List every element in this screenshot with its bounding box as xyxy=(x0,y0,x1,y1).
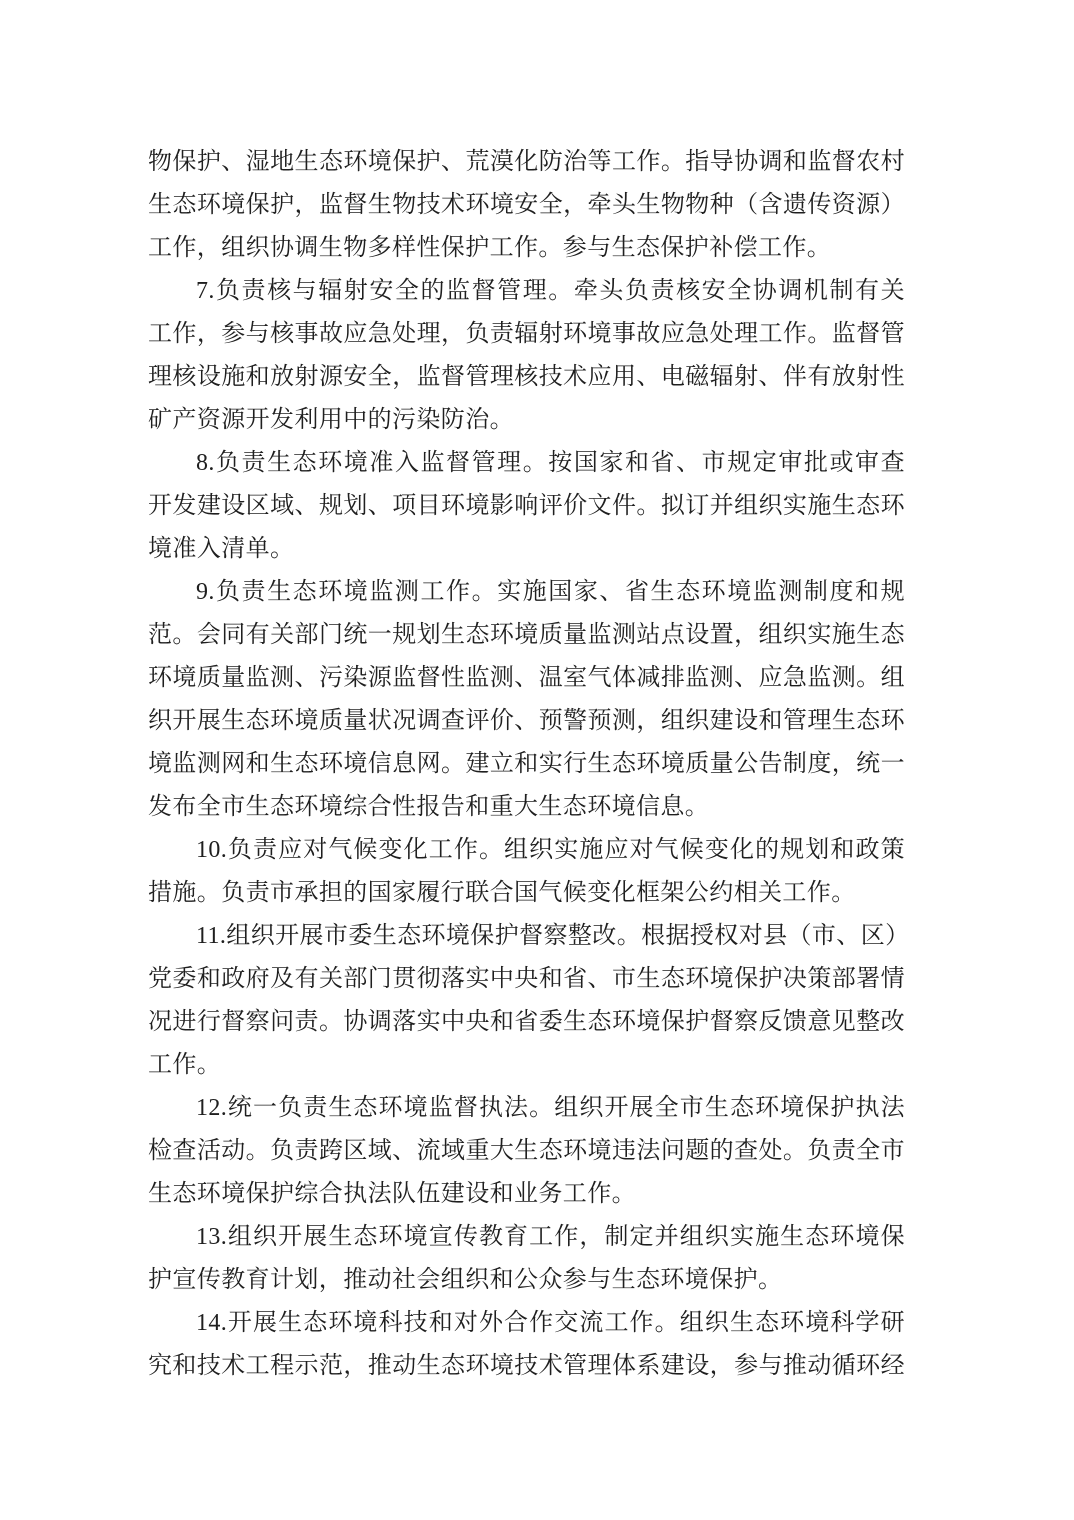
text-line: 发布全市生态环境综合性报告和重大生态环境信息。 xyxy=(148,786,905,829)
document-page-background: { "page": { "background_color": "#ffffff… xyxy=(0,0,1074,1520)
text-line: 党委和政府及有关部门贯彻落实中央和省、市生态环境保护决策部署情 xyxy=(148,958,905,1001)
text-line: 护宣传教育计划，推动社会组织和公众参与生态环境保护。 xyxy=(148,1259,905,1302)
text-line: 环境质量监测、污染源监督性监测、温室气体减排监测、应急监测。组 xyxy=(148,657,905,700)
text-line: 措施。负责市承担的国家履行联合国气候变化框架公约相关工作。 xyxy=(148,872,905,915)
text-line: 生态环境保护，监督生物技术环境安全，牵头生物物种（含遗传资源） xyxy=(148,184,905,227)
text-line: 工作，组织协调生物多样性保护工作。参与生态保护补偿工作。 xyxy=(148,227,905,270)
text-line: 13.组织开展生态环境宣传教育工作，制定并组织实施生态环境保 xyxy=(148,1216,905,1259)
text-line: 12.统一负责生态环境监督执法。组织开展全市生态环境保护执法 xyxy=(148,1087,905,1130)
text-line: 7.负责核与辐射安全的监督管理。牵头负责核安全协调机制有关 xyxy=(148,270,905,313)
text-line: 理核设施和放射源安全，监督管理核技术应用、电磁辐射、伴有放射性 xyxy=(148,356,905,399)
text-line: 10.负责应对气候变化工作。组织实施应对气候变化的规划和政策 xyxy=(148,829,905,872)
text-line: 检查活动。负责跨区域、流域重大生态环境违法问题的查处。负责全市 xyxy=(148,1130,905,1173)
text-line: 范。会同有关部门统一规划生态环境质量监测站点设置，组织实施生态 xyxy=(148,614,905,657)
text-line: 11.组织开展市委生态环境保护督察整改。根据授权对县（市、区） xyxy=(148,915,905,958)
text-line: 境准入清单。 xyxy=(148,528,905,571)
text-line: 9.负责生态环境监测工作。实施国家、省生态环境监测制度和规 xyxy=(148,571,905,614)
text-line: 8.负责生态环境准入监督管理。按国家和省、市规定审批或审查 xyxy=(148,442,905,485)
text-line: 况进行督察问责。协调落实中央和省委生态环境保护督察反馈意见整改 xyxy=(148,1001,905,1044)
text-line: 生态环境保护综合执法队伍建设和业务工作。 xyxy=(148,1173,905,1216)
document-page: 物保护、湿地生态环境保护、荒漠化防治等工作。指导协调和监督农村 生态环境保护，监… xyxy=(0,0,1074,1520)
text-line: 境监测网和生态环境信息网。建立和实行生态环境质量公告制度，统一 xyxy=(148,743,905,786)
text-line: 开发建设区域、规划、项目环境影响评价文件。拟订并组织实施生态环 xyxy=(148,485,905,528)
text-line: 工作。 xyxy=(148,1044,905,1087)
text-line: 织开展生态环境质量状况调查评价、预警预测，组织建设和管理生态环 xyxy=(148,700,905,743)
text-line: 14.开展生态环境科技和对外合作交流工作。组织生态环境科学研 xyxy=(148,1302,905,1345)
text-line: 矿产资源开发利用中的污染防治。 xyxy=(148,399,905,442)
text-line: 物保护、湿地生态环境保护、荒漠化防治等工作。指导协调和监督农村 xyxy=(148,141,905,184)
document-text-block: 物保护、湿地生态环境保护、荒漠化防治等工作。指导协调和监督农村 生态环境保护，监… xyxy=(148,141,905,1388)
text-line: 工作，参与核事故应急处理，负责辐射环境事故应急处理工作。监督管 xyxy=(148,313,905,356)
text-line: 究和技术工程示范，推动生态环境技术管理体系建设，参与推动循环经 xyxy=(148,1345,905,1388)
